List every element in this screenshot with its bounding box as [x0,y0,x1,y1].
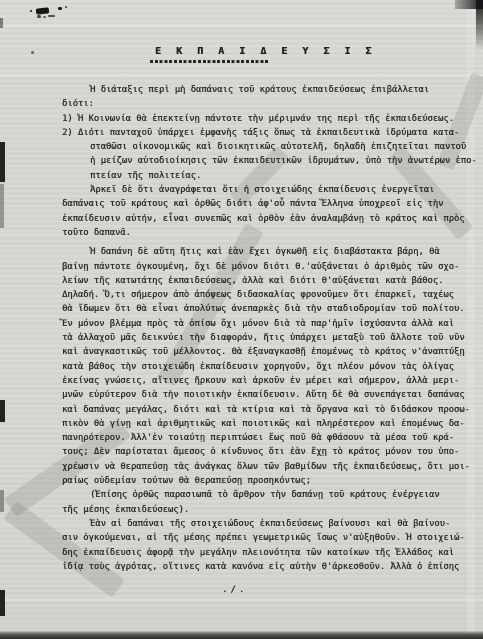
text-line: Ἡ διάταξις περὶ μὴ δαπάναις τοῦ κράτους … [62,83,476,97]
ink-mark [48,15,55,17]
text-line: σιν ὀγκούμεναι, αἱ τῆς μέσης πρέπει γεωμ… [62,531,476,545]
scan-edge-left [0,184,4,228]
text-line: χρέωσιν νὰ θεραπεύσῃ τὰς ἀνάγκας ὅλων τῶ… [62,460,476,474]
text-line: καὶ δαπάνας μεγάλας, διότι καὶ τὰ κτίρια… [62,403,476,417]
scan-streak [0,74,483,76]
title-underline [150,60,270,63]
text-line: δαπάναις τοῦ κράτους καὶ ὀρθῶς διότι ἀφ'… [62,197,476,211]
text-line: κατὰ βάθος τὴν στοιχειώδη ἐκπαίδευσιν χο… [62,360,476,374]
text-line: 1) Ἡ Κοινωνία θὰ ἐπεκτείνῃ πάντοτε τὴν μ… [62,112,476,126]
ink-mark [36,7,50,14]
text-line: Δηλαδή. Ὅ,τι σήμερον ἀπὸ ἀπόψεως διδασκα… [62,288,476,302]
text-line: τῆς μέσης ἐκπαιδεύσεως). [62,503,476,517]
document-lines: Ἡ διάταξις περὶ μὴ δαπάναις τοῦ κράτους … [62,83,476,574]
scan-streak [0,24,483,27]
scan-edge-left [0,18,3,28]
text-line: ἐκπαίδευσιν αὐτήν, εἶναι συνεπῶς καὶ ὀρθ… [62,212,476,226]
text-line: τὰ ἀλλαχοῦ μᾶς δεικνύει τὴν διαφοράν, ἥτ… [62,331,476,345]
text-line: (Ἐπίσης ὀρθῶς παρασιωπᾶ τὸ ἄρθρον τὴν δα… [62,488,476,502]
text-line: διότι: [62,97,476,111]
text-line: σταθῶσι οἰκονομικῶς καὶ διοικητικῶς αὐτο… [62,140,476,154]
scan-edge-left [0,142,5,182]
scan-edge-left [0,490,4,512]
text-line: μνῶν εὐρύτερον διὰ τὴν ποιοτικὴν ἐκπαίδε… [62,388,476,402]
text-line: βαίνῃ πάντοτε ὀγκουμένη, ὄχι δὲ μόνον δι… [62,260,476,274]
ink-mark [58,7,62,10]
scan-edge-bottom [0,631,483,639]
scanned-document-page: Ε Κ Π Α Ι Δ Ε Υ Σ Ι Σ Ἡ διάταξις περὶ μὴ… [0,0,483,639]
ink-mark [30,10,32,12]
text-line: ἡ μείζων αὐτοδιοίκησις τῶν ἐκπαιδευτικῶν… [62,154,476,168]
text-line: πανηρότερον. Ἀλλ'ἐν τοιαύτῃ περιπτώσει ἕ… [62,431,476,445]
text-line: ραίως οὐδεμίαν τούτων θὰ θεραπεύσῃ προση… [62,474,476,488]
text-line: Ἡ δαπάνη δὲ αὕτη ἥτις καὶ ἐὰν ἔχει ὀγκωθ… [62,245,476,259]
text-line: 2) Διότι πανταχοῦ ὑπάρχει ἐμφανὴς τάξις … [62,126,476,140]
ink-mark [65,6,67,8]
text-line: Ἀρκεῖ δὲ ὅτι ἀναγράφεται ὅτι ἡ στοιχειώδ… [62,183,476,197]
scan-edge-corner [455,0,483,9]
text-line: ἐκείνας γνώσεις, αἵτινες ἤρκουν καὶ ἀρκο… [62,374,476,388]
ink-mark [31,51,34,54]
ink-mark [43,16,46,18]
text-line: Ἓν μόνον βλέμμα πρὸς τὰ ὀπίσω ὄχι μόνον … [62,317,476,331]
text-line: πικὸν θὰ γίνῃ καὶ ἀριθμητικῶς καὶ ποιοτι… [62,417,476,431]
scan-edge-left [0,590,5,616]
text-line: Ἐὰν αἱ δαπάναι τῆς στοιχειώδους ἐκπαιδεύ… [62,517,476,531]
text-line: λείων τῆς κατωτάτης ἐκπαιδεύσεως, ἀλλὰ κ… [62,274,476,288]
text-line: δης ἐκπαίδευσις ἀφορᾷ τὴν μεγάλην πλειον… [62,546,476,560]
text-line: τοῦτο δαπανᾶ. [62,226,476,240]
page-title: Ε Κ Π Α Ι Δ Ε Υ Σ Ι Σ [155,46,376,57]
scan-edge-left [0,400,5,422]
text-line: τους; Δὲν παρίσταται ἄμεσος ὁ κίνδυνος ὅ… [62,445,476,459]
scan-streak [0,598,483,601]
text-line: ἰδίᾳ τοὺς ἀγρότας, οἵτινες κατὰ κανόνα ε… [62,560,476,574]
ink-mark [37,15,41,18]
text-line: καὶ ἀναγκαστικῶς τοῦ μέλλοντος. Θὰ ἐξανα… [62,345,476,359]
page-continuation-mark: ./. [222,585,247,595]
text-line: πτείαν τῆς πολιτείας. [62,169,476,183]
text-line: θὰ ἴδωμεν ὅτι θὰ εἶναι ἀπολύτως ἀνεπαρκὲ… [62,302,476,316]
